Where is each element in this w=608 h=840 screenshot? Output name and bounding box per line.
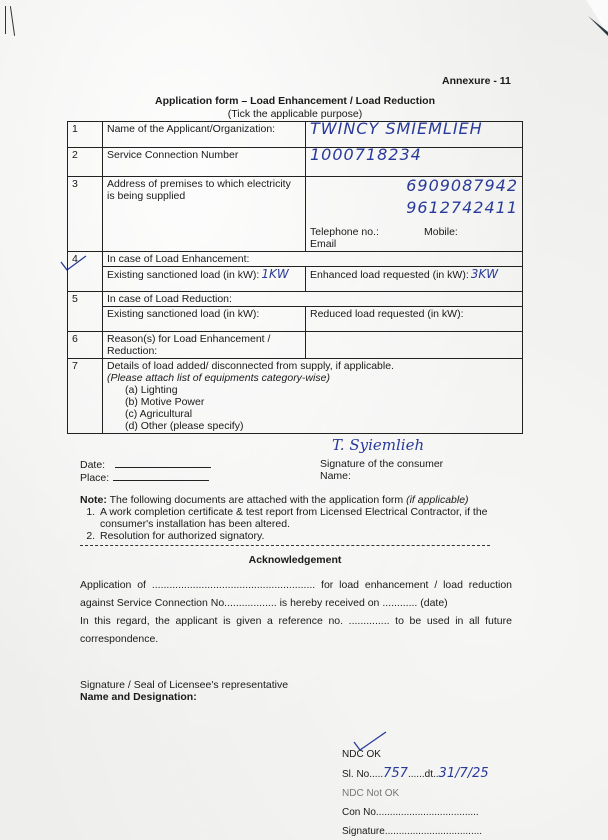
ndc-not-ok-label: NDC Not OK <box>342 784 489 803</box>
row-number: 3 <box>68 177 103 252</box>
note-prefix: Note: <box>80 494 107 506</box>
form-subtitle: (Tick the applicable purpose) <box>0 108 590 120</box>
row-number: 1 <box>68 122 103 148</box>
field-label: Name of the Applicant/Organization: <box>103 122 306 148</box>
section-label-reduction: In case of Load Reduction: <box>103 292 523 307</box>
phone-number-1: 6909087942 <box>406 180 518 192</box>
row-number: 7 <box>68 359 103 434</box>
name-label: Name: <box>320 470 443 482</box>
reduced-load-field[interactable]: Reduced load requested (in kW): <box>306 307 523 332</box>
table-row: 7 Details of load added/ disconnected fr… <box>68 359 523 434</box>
note-block: Note: The following documents are attach… <box>80 494 520 542</box>
list-item: A work completion certificate & test rep… <box>98 506 520 530</box>
phone-number-2: 9612742411 <box>406 202 518 214</box>
date-label: dt <box>425 769 433 780</box>
list-item: (b) Motive Power <box>125 396 518 408</box>
note-qualifier: (if applicable) <box>406 494 468 506</box>
acknowledgement-body: Application of .........................… <box>80 576 512 648</box>
reason-field[interactable] <box>306 332 523 359</box>
list-item: (a) Lighting <box>125 384 518 396</box>
ndc-stamp: NDC OK Sl. No.....757......dt..31/7/25 N… <box>342 745 489 840</box>
divider <box>80 545 490 546</box>
list-item: (c) Agricultural <box>125 408 518 420</box>
mobile-label: Mobile: <box>424 226 458 238</box>
field-label: Existing sanctioned load (in kW): <box>107 269 259 281</box>
list-item: (d) Other (please specify) <box>125 420 518 432</box>
service-connection-value: 1000718234 <box>310 145 422 164</box>
table-row: Existing sanctioned load (in kW): Reduce… <box>68 307 523 332</box>
serial-label: Sl. No <box>342 769 369 780</box>
ndc-serial-line: Sl. No.....757......dt..31/7/25 <box>342 764 489 784</box>
table-row: 2 Service Connection Number 1000718234 <box>68 148 523 177</box>
table-row: 3 Address of premises to which electrici… <box>68 177 523 252</box>
date-label: Date: <box>80 459 105 471</box>
email-label: Email <box>310 238 336 250</box>
applicant-name-field[interactable]: TWINCY SMIEMLIEH <box>306 122 523 148</box>
con-no-label: Con No <box>342 807 376 818</box>
field-label: Details of load added/ disconnected from… <box>107 360 518 372</box>
consumer-signature: T. Syiemlieh <box>332 436 424 454</box>
note-text: The following documents are attached wit… <box>110 494 404 506</box>
service-connection-field[interactable]: 1000718234 <box>306 148 523 177</box>
section-label-enhancement: In case of Load Enhancement: <box>103 252 523 267</box>
place-label: Place: <box>80 472 109 484</box>
table-row: 5 In case of Load Reduction: <box>68 292 523 307</box>
list-item: Resolution for authorized signatory. <box>98 530 520 542</box>
date-field[interactable]: Date: <box>80 458 211 471</box>
row-number: 4 <box>68 252 103 292</box>
annexure-label: Annexure - 11 <box>442 75 511 87</box>
ndc-date-value: 31/7/25 <box>439 766 489 781</box>
table-row: 4 In case of Load Enhancement: <box>68 252 523 267</box>
field-note: (Please attach list of equipments catego… <box>107 372 518 384</box>
acknowledgement-title: Acknowledgement <box>0 554 590 566</box>
enhanced-load-field[interactable]: Enhanced load requested (in kW):3KW <box>306 267 523 292</box>
load-details-field[interactable]: Details of load added/ disconnected from… <box>103 359 523 434</box>
acknowledgement-paragraph: Application of .........................… <box>80 576 512 612</box>
table-row: Existing sanctioned load (in kW):1KW Enh… <box>68 267 523 292</box>
name-designation-label: Name and Designation: <box>80 691 197 703</box>
place-field[interactable]: Place: <box>80 471 211 484</box>
margin-mark <box>3 6 17 36</box>
field-label: Address of premises to which electricity… <box>103 177 306 252</box>
field-label: Reason(s) for Load Enhancement / Reducti… <box>103 332 306 359</box>
existing-load-reduction-field[interactable]: Existing sanctioned load (in kW): <box>103 307 306 332</box>
application-form-table: 1 Name of the Applicant/Organization: TW… <box>67 121 523 434</box>
signature-label: Signature of the consumer <box>320 458 443 470</box>
row-number: 6 <box>68 332 103 359</box>
row-number: 2 <box>68 148 103 177</box>
consumer-signature-block: Signature of the consumer Name: <box>320 458 443 482</box>
enhanced-load-value: 3KW <box>471 267 498 281</box>
address-field[interactable]: 6909087942 9612742411 Telephone no.: Mob… <box>306 177 523 252</box>
acknowledgement-paragraph: In this regard, the applicant is given a… <box>80 612 512 648</box>
ndc-ok-label: NDC OK <box>342 745 489 764</box>
field-label: Service Connection Number <box>103 148 306 177</box>
date-place-block: Date: Place: <box>80 458 211 484</box>
document-page: Annexure - 11 Application form – Load En… <box>0 0 608 840</box>
telephone-label: Telephone no.: <box>310 226 379 238</box>
ndc-signature-label: Signature <box>342 826 385 837</box>
field-label: Enhanced load requested (in kW): <box>310 269 469 281</box>
table-row: 6 Reason(s) for Load Enhancement / Reduc… <box>68 332 523 359</box>
page-corner-fold-icon <box>562 0 608 40</box>
licensee-block: Signature / Seal of Licensee's represent… <box>80 679 288 703</box>
table-row: 1 Name of the Applicant/Organization: TW… <box>68 122 523 148</box>
existing-load-value: 1KW <box>261 267 288 281</box>
form-title: Application form – Load Enhancement / Lo… <box>0 95 590 107</box>
applicant-name-value: TWINCY SMIEMLIEH <box>310 119 483 138</box>
row-number: 5 <box>68 292 103 332</box>
serial-value: 757 <box>383 766 408 781</box>
licensee-signature-label: Signature / Seal of Licensee's represent… <box>80 679 288 691</box>
existing-load-enhancement-field[interactable]: Existing sanctioned load (in kW):1KW <box>103 267 306 292</box>
